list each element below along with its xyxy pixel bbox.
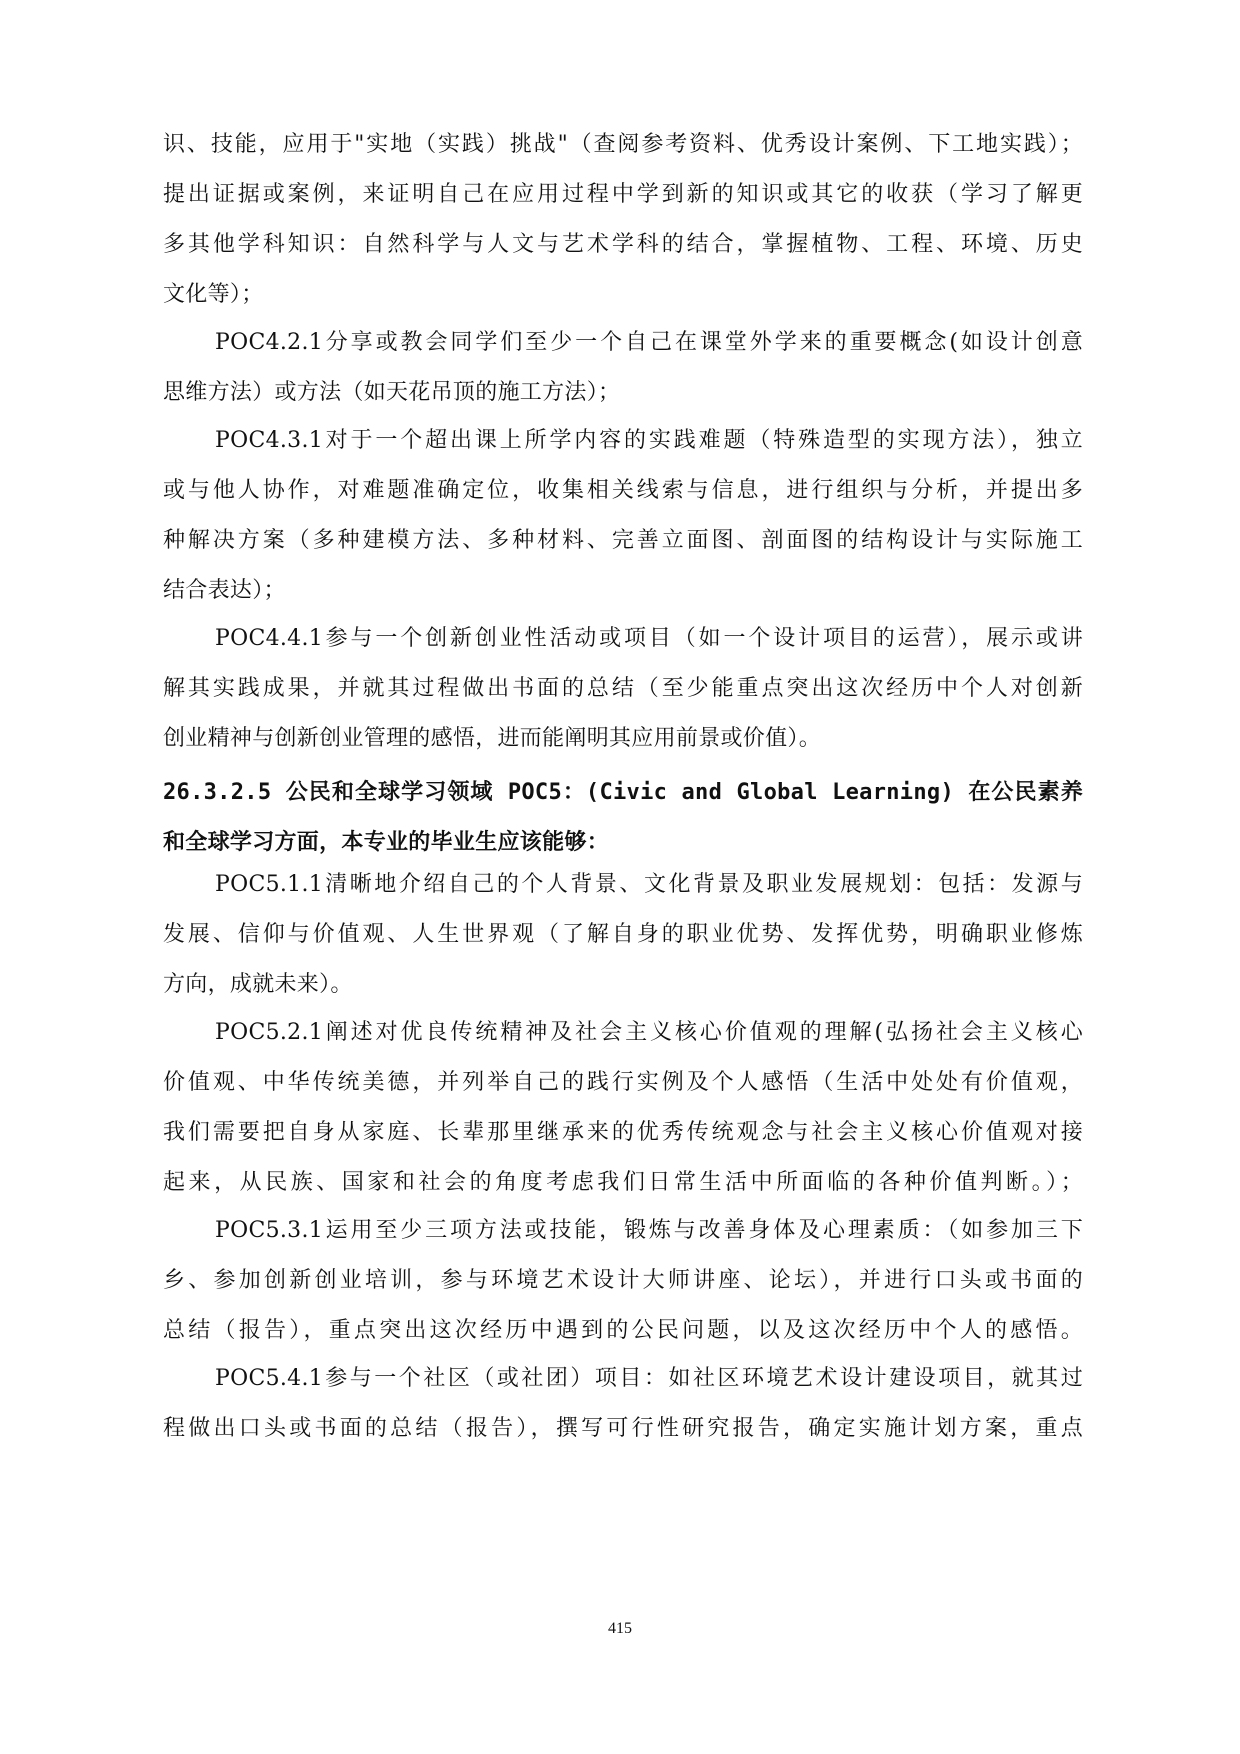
text-line: 文化等）； (163, 280, 1083, 310)
text-line: POC5.1.1清晰地介绍自己的个人背景、文化背景及职业发展规划：包括：发源与 (163, 870, 1083, 900)
text-line: POC5.2.1阐述对优良传统精神及社会主义核心价值观的理解(弘扬社会主义核心 (163, 1018, 1083, 1048)
text-line: POC5.3.1运用至少三项方法或技能，锻炼与改善身体及心理素质：（如参加三下 (163, 1216, 1083, 1246)
text-line: 多其他学科知识：自然科学与人文与艺术学科的结合，掌握植物、工程、环境、历史 (163, 230, 1083, 260)
page-number: 415 (0, 1620, 1240, 1638)
text-line: 创业精神与创新创业管理的感悟，进而能阐明其应用前景或价值）。 (163, 724, 1083, 754)
text-line: 解其实践成果，并就其过程做出书面的总结（至少能重点突出这次经历中个人对创新 (163, 674, 1083, 704)
text-line: 乡、参加创新创业培训，参与环境艺术设计大师讲座、论坛），并进行口头或书面的 (163, 1266, 1083, 1296)
text-line: POC4.2.1分享或教会同学们至少一个自己在课堂外学来的重要概念(如设计创意 (163, 328, 1083, 358)
text-line: 总结（报告），重点突出这次经历中遇到的公民问题，以及这次经历中个人的感悟。 (163, 1316, 1083, 1346)
text-line: 思维方法）或方法（如天花吊顶的施工方法）； (163, 378, 1083, 408)
text-line: 我们需要把自身从家庭、长辈那里继承来的优秀传统观念与社会主义核心价值观对接 (163, 1118, 1083, 1148)
text-line: 起来，从民族、国家和社会的角度考虑我们日常生活中所面临的各种价值判断。）； (163, 1168, 1083, 1198)
text-line: 价值观、中华传统美德，并列举自己的践行实例及个人感悟（生活中处处有价值观， (163, 1068, 1083, 1098)
text-line: 提出证据或案例，来证明自己在应用过程中学到新的知识或其它的收获（学习了解更 (163, 180, 1083, 210)
text-line: 种解决方案（多种建模方法、多种材料、完善立面图、剖面图的结构设计与实际施工 (163, 526, 1083, 556)
text-line: 方向，成就未来）。 (163, 970, 1083, 1000)
section-heading: 26.3.2.5 公民和全球学习领域 POC5：(Civic and Globa… (163, 778, 1083, 808)
text-line: 发展、信仰与价值观、人生世界观（了解自身的职业优势、发挥优势，明确职业修炼 (163, 920, 1083, 950)
text-line: 结合表达）； (163, 576, 1083, 606)
text-line: 程做出口头或书面的总结（报告），撰写可行性研究报告，确定实施计划方案，重点 (163, 1414, 1083, 1444)
text-line: POC4.4.1参与一个创新创业性活动或项目（如一个设计项目的运营），展示或讲 (163, 624, 1083, 654)
text-line: 或与他人协作，对难题准确定位，收集相关线索与信息，进行组织与分析，并提出多 (163, 476, 1083, 506)
text-line: POC4.3.1对于一个超出课上所学内容的实践难题（特殊造型的实现方法），独立 (163, 426, 1083, 456)
section-heading: 和全球学习方面，本专业的毕业生应该能够： (163, 828, 1083, 858)
text-line: POC5.4.1参与一个社区（或社团）项目：如社区环境艺术设计建设项目，就其过 (163, 1364, 1083, 1394)
text-line: 识、技能，应用于"实地（实践）挑战"（查阅参考资料、优秀设计案例、下工地实践）； (163, 130, 1083, 160)
